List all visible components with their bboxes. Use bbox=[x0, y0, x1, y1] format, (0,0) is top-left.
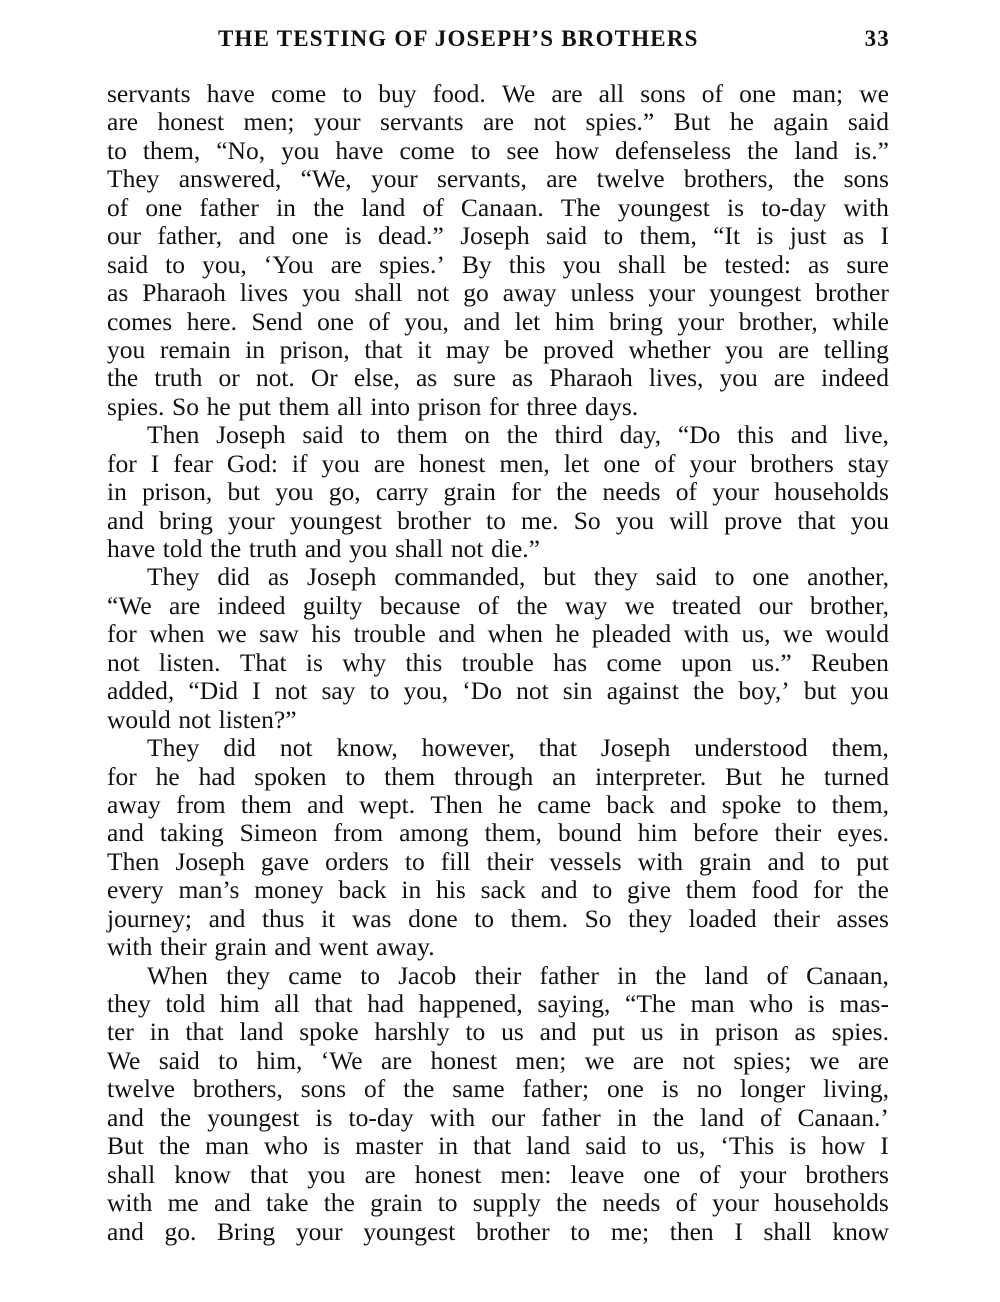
word: lives, bbox=[649, 364, 704, 392]
word: same bbox=[452, 1075, 504, 1103]
word: him bbox=[555, 308, 595, 336]
word: stay bbox=[848, 450, 889, 478]
word: thus bbox=[262, 905, 305, 933]
word: The bbox=[561, 194, 601, 222]
word: when bbox=[488, 620, 543, 648]
word: was bbox=[352, 905, 392, 933]
word: them bbox=[397, 421, 448, 449]
word: That bbox=[240, 649, 287, 677]
word: man’s bbox=[178, 876, 239, 904]
word: say bbox=[321, 677, 355, 705]
word: them. bbox=[511, 905, 568, 933]
word: shall bbox=[354, 279, 402, 307]
text-line: andbringyouryoungestbrothertome.Soyouwil… bbox=[107, 507, 889, 535]
word: But bbox=[674, 108, 711, 136]
text-line: ThenJosephgaveorderstofilltheirvesselswi… bbox=[107, 848, 889, 876]
word: unless bbox=[571, 279, 635, 307]
word: come bbox=[271, 80, 326, 108]
word: have bbox=[107, 535, 155, 563]
word: sons bbox=[844, 165, 889, 193]
word: then bbox=[670, 1218, 714, 1246]
word: pleaded bbox=[592, 620, 671, 648]
text-line: ThenJosephsaidtothemonthethirdday,“Dothi… bbox=[107, 421, 889, 449]
text-line: saidtoyou,‘Youarespies.’Bythisyoushallbe… bbox=[107, 251, 889, 279]
word: But bbox=[107, 1132, 144, 1160]
word: in bbox=[150, 1018, 170, 1046]
word: Simeon bbox=[240, 819, 318, 847]
word: Or bbox=[311, 364, 338, 392]
word: proved bbox=[543, 336, 614, 364]
word: as bbox=[794, 1018, 815, 1046]
word: of bbox=[702, 80, 723, 108]
word: ‘This bbox=[720, 1132, 774, 1160]
chapter-title: THE TESTING OF JOSEPH’S BROTHERS bbox=[218, 26, 699, 52]
word: Then bbox=[107, 848, 159, 876]
word: father bbox=[199, 194, 258, 222]
word: to bbox=[641, 1132, 661, 1160]
word: I bbox=[734, 1218, 743, 1246]
word: brothers bbox=[750, 450, 834, 478]
word: remain bbox=[160, 336, 231, 364]
word: whether bbox=[628, 336, 710, 364]
word: eyes. bbox=[837, 819, 889, 847]
word: said bbox=[848, 108, 889, 136]
word: boy,’ bbox=[738, 677, 789, 705]
word: brothers, bbox=[684, 165, 774, 193]
text-line: forIfearGod:ifyouarehonestmen,letoneofyo… bbox=[107, 450, 889, 478]
word: would bbox=[107, 706, 171, 734]
word: land bbox=[239, 1018, 283, 1046]
word: listen. bbox=[159, 649, 221, 677]
text-line: withtheirgrainandwentaway. bbox=[107, 933, 889, 961]
word: prison, bbox=[280, 336, 350, 364]
word: longer bbox=[740, 1075, 805, 1103]
word: prison bbox=[418, 393, 482, 421]
word: he bbox=[498, 791, 522, 819]
word: and bbox=[541, 876, 578, 904]
word: into bbox=[370, 393, 410, 421]
word: servants bbox=[107, 80, 191, 108]
word: are bbox=[365, 1161, 396, 1189]
word: are bbox=[858, 1047, 889, 1075]
word: he bbox=[207, 393, 231, 421]
text-line: everyman’smoneybackinhissackandtogivethe… bbox=[107, 876, 889, 904]
word: wept. bbox=[359, 791, 415, 819]
word: shall bbox=[107, 1161, 155, 1189]
word: you, bbox=[202, 251, 247, 279]
text-line: ourfather,andoneisdead.”Josephsaidtothem… bbox=[107, 222, 889, 250]
word: lives bbox=[240, 279, 288, 307]
word: all bbox=[599, 80, 625, 108]
word: the bbox=[403, 1075, 434, 1103]
text-line: added,“DidInotsaytoyou,‘Donotsinagainstt… bbox=[107, 677, 889, 705]
word: we bbox=[783, 620, 813, 648]
word: for bbox=[813, 876, 843, 904]
word: their bbox=[773, 905, 820, 933]
word: this bbox=[405, 649, 442, 677]
word: said bbox=[585, 1132, 626, 1160]
word: would bbox=[825, 620, 889, 648]
word: When bbox=[147, 962, 208, 990]
word: men: bbox=[500, 1161, 551, 1189]
word: listen?” bbox=[219, 706, 297, 734]
word: and bbox=[768, 848, 805, 876]
word: you bbox=[302, 279, 340, 307]
word: to bbox=[107, 137, 127, 165]
word: to bbox=[370, 677, 390, 705]
word: But bbox=[725, 763, 762, 791]
word: his bbox=[436, 876, 466, 904]
text-line: “Weareindeedguiltybecauseofthewaywetreat… bbox=[107, 592, 889, 620]
text-line: tothem,“No,youhavecometoseehowdefenseles… bbox=[107, 137, 889, 165]
word: brothers bbox=[805, 1161, 889, 1189]
word: are bbox=[107, 108, 138, 136]
word: have bbox=[207, 80, 255, 108]
word: and bbox=[463, 308, 500, 336]
text-line: TheydidasJosephcommanded,buttheysaidtoon… bbox=[107, 563, 889, 591]
word: Jacob bbox=[398, 962, 456, 990]
word: youngest bbox=[290, 507, 382, 535]
word: go bbox=[463, 279, 489, 307]
word: ter bbox=[107, 1018, 134, 1046]
text-line: andgo.Bringyouryoungestbrothertome;thenI… bbox=[107, 1218, 889, 1246]
word: are bbox=[774, 364, 805, 392]
word: see bbox=[507, 137, 540, 165]
word: every bbox=[107, 876, 164, 904]
word: he bbox=[156, 763, 180, 791]
word: to bbox=[820, 848, 840, 876]
word: is bbox=[315, 1104, 332, 1132]
word: put bbox=[238, 393, 271, 421]
word: not bbox=[451, 535, 484, 563]
word: ‘You bbox=[264, 251, 314, 279]
word: bring bbox=[609, 308, 663, 336]
text-line: Theyanswered,“We,yourservants,aretwelveb… bbox=[107, 165, 889, 193]
word: but bbox=[543, 563, 576, 591]
word: honest bbox=[419, 450, 486, 478]
word: them bbox=[279, 393, 330, 421]
word: the bbox=[556, 478, 587, 506]
word: God: bbox=[227, 450, 278, 478]
word: I bbox=[252, 677, 261, 705]
word: interpreter. bbox=[595, 763, 706, 791]
word: of bbox=[676, 478, 697, 506]
word: tested: bbox=[724, 251, 791, 279]
word: are bbox=[551, 80, 582, 108]
word: men; bbox=[244, 108, 295, 136]
text-line: spies.Soheputthemallintoprisonforthreeda… bbox=[107, 393, 889, 421]
word: it bbox=[417, 336, 431, 364]
word: “No, bbox=[216, 137, 265, 165]
word: the bbox=[655, 962, 686, 990]
word: father, bbox=[157, 222, 222, 250]
word: We bbox=[107, 1047, 140, 1075]
word: and bbox=[438, 620, 475, 648]
word: third bbox=[555, 421, 603, 449]
word: did bbox=[223, 734, 256, 762]
word: and bbox=[238, 222, 275, 250]
word: twelve bbox=[597, 165, 665, 193]
word: trouble bbox=[354, 620, 426, 648]
word: grain bbox=[214, 933, 266, 961]
word: I bbox=[151, 450, 160, 478]
word: man bbox=[205, 1132, 249, 1160]
text-line: ofonefatherinthelandofCanaan.Theyoungest… bbox=[107, 194, 889, 222]
word: food. bbox=[433, 80, 486, 108]
word: Then bbox=[430, 791, 482, 819]
word: to bbox=[360, 421, 380, 449]
word: are bbox=[331, 251, 362, 279]
word: buy bbox=[378, 80, 416, 108]
word: truth bbox=[154, 364, 202, 392]
word: and bbox=[274, 933, 311, 961]
word: honest bbox=[415, 1161, 482, 1189]
word: the bbox=[747, 137, 778, 165]
word: said bbox=[302, 421, 343, 449]
word: not bbox=[178, 706, 211, 734]
word: we bbox=[585, 1047, 615, 1075]
text-line: notlisten.Thatiswhythistroublehascomeupo… bbox=[107, 649, 889, 677]
word: Pharaoh bbox=[142, 279, 226, 307]
word: sons bbox=[640, 80, 685, 108]
word: that bbox=[314, 990, 352, 1018]
word: that bbox=[797, 507, 835, 535]
word: saw bbox=[259, 620, 299, 648]
word: him, bbox=[256, 1047, 302, 1075]
word: are bbox=[374, 450, 405, 478]
word: in bbox=[245, 336, 265, 364]
word: from bbox=[334, 819, 384, 847]
word: Canaan.’ bbox=[798, 1104, 889, 1132]
word: spies. bbox=[832, 1018, 889, 1046]
word: of bbox=[760, 1104, 781, 1132]
word: the bbox=[516, 592, 547, 620]
word: their bbox=[487, 848, 534, 876]
word: to-day bbox=[761, 194, 826, 222]
word: are bbox=[483, 108, 514, 136]
word: as bbox=[107, 279, 128, 307]
word: one bbox=[603, 450, 640, 478]
word: through bbox=[454, 763, 533, 791]
word: I bbox=[880, 1132, 889, 1160]
word: be bbox=[683, 251, 707, 279]
word: not bbox=[275, 677, 308, 705]
word: told bbox=[166, 990, 206, 1018]
word: of bbox=[478, 592, 499, 620]
word: back bbox=[338, 876, 386, 904]
word: taking bbox=[160, 819, 224, 847]
word: your bbox=[712, 478, 759, 506]
word: to bbox=[797, 791, 817, 819]
word: us, bbox=[676, 1132, 705, 1160]
word: that bbox=[185, 1018, 223, 1046]
word: you bbox=[616, 507, 654, 535]
word: grain bbox=[370, 1189, 422, 1217]
word: “Do bbox=[678, 421, 720, 449]
word: one bbox=[752, 563, 789, 591]
word: for bbox=[489, 393, 519, 421]
word: men; bbox=[515, 1047, 566, 1075]
word: the bbox=[159, 1132, 190, 1160]
text-line: andtheyoungestisto-daywithourfatherinthe… bbox=[107, 1104, 889, 1132]
word: that bbox=[473, 1132, 511, 1160]
word: to bbox=[465, 1018, 485, 1046]
text-line: terinthatlandspokeharshlytousandputusinp… bbox=[107, 1018, 889, 1046]
word: one bbox=[739, 80, 776, 108]
word: is bbox=[808, 990, 825, 1018]
word: spoke bbox=[299, 1018, 359, 1046]
word: not bbox=[280, 734, 313, 762]
text-line: shallknowthatyouarehonestmen:leaveoneofy… bbox=[107, 1161, 889, 1189]
word: land bbox=[526, 1132, 570, 1160]
word: we bbox=[859, 80, 889, 108]
word: money bbox=[254, 876, 323, 904]
word: had bbox=[199, 763, 236, 791]
word: twelve bbox=[107, 1075, 175, 1103]
paragraph: WhentheycametoJacobtheirfatherinthelando… bbox=[107, 962, 889, 1246]
word: they bbox=[594, 563, 638, 591]
word: it bbox=[321, 905, 335, 933]
word: supply bbox=[473, 1189, 541, 1217]
word: upon bbox=[681, 649, 732, 677]
word: prove bbox=[724, 507, 782, 535]
word: Joseph bbox=[216, 421, 285, 449]
word: is bbox=[345, 222, 362, 250]
word: father; bbox=[523, 1075, 590, 1103]
word: honest bbox=[158, 108, 225, 136]
word: Canaan. bbox=[461, 194, 544, 222]
word: brother bbox=[815, 279, 889, 307]
word: as bbox=[416, 364, 437, 392]
word: men, bbox=[500, 450, 550, 478]
word: of bbox=[368, 308, 389, 336]
word: of bbox=[107, 194, 128, 222]
text-line: comeshere.Sendoneofyou,andlethimbringyou… bbox=[107, 308, 889, 336]
word: as bbox=[512, 364, 533, 392]
word: is bbox=[662, 1075, 679, 1103]
word: as bbox=[808, 251, 829, 279]
word: the bbox=[160, 1104, 191, 1132]
word: mas- bbox=[839, 990, 889, 1018]
word: me bbox=[168, 1189, 199, 1217]
word: you bbox=[725, 336, 763, 364]
word: needs bbox=[602, 478, 660, 506]
word: added, bbox=[107, 677, 174, 705]
word: us.” bbox=[751, 649, 791, 677]
word: your bbox=[228, 507, 275, 535]
word: fill bbox=[441, 848, 471, 876]
word: for bbox=[107, 763, 137, 791]
word: for bbox=[107, 450, 137, 478]
word: said bbox=[546, 222, 587, 250]
word: your bbox=[314, 108, 361, 136]
word: youngest bbox=[618, 194, 710, 222]
word: to bbox=[165, 251, 185, 279]
word: fear bbox=[173, 450, 213, 478]
word: not bbox=[534, 108, 567, 136]
word: before bbox=[693, 819, 758, 847]
word: their bbox=[475, 962, 522, 990]
word: land bbox=[794, 137, 838, 165]
word: bring bbox=[159, 507, 213, 535]
word: gave bbox=[261, 848, 309, 876]
word: your bbox=[712, 1189, 759, 1217]
word: to bbox=[438, 1189, 458, 1217]
word: are bbox=[169, 592, 200, 620]
word: to bbox=[715, 563, 735, 591]
word: with bbox=[430, 1104, 475, 1132]
word: treated bbox=[672, 592, 741, 620]
word: put bbox=[856, 848, 889, 876]
word: them bbox=[384, 763, 435, 791]
word: to bbox=[592, 876, 612, 904]
word: is.” bbox=[854, 137, 889, 165]
word: carry bbox=[376, 478, 428, 506]
word: shall bbox=[763, 1218, 811, 1246]
word: this bbox=[737, 421, 774, 449]
word: the bbox=[556, 1189, 587, 1217]
word: just bbox=[790, 222, 827, 250]
word: asses bbox=[836, 905, 888, 933]
word: away bbox=[107, 791, 161, 819]
paragraph: TheydidasJosephcommanded,buttheysaidtoon… bbox=[107, 563, 889, 734]
word: sack bbox=[481, 876, 526, 904]
word: “Did bbox=[188, 677, 238, 705]
word: and bbox=[305, 535, 342, 563]
word: against bbox=[607, 677, 679, 705]
word: said bbox=[107, 251, 148, 279]
word: in bbox=[107, 478, 127, 506]
word: we bbox=[217, 620, 247, 648]
word: said bbox=[656, 563, 697, 591]
word: his bbox=[311, 620, 341, 648]
word: with bbox=[107, 933, 152, 961]
running-head: THE TESTING OF JOSEPH’S BROTHERS 33 bbox=[218, 26, 890, 58]
word: is bbox=[306, 649, 323, 677]
word: brothers, bbox=[193, 1075, 283, 1103]
word: to bbox=[474, 905, 494, 933]
word: are bbox=[381, 1047, 412, 1075]
word: their bbox=[775, 819, 822, 847]
text-line: youremaininprison,thatitmaybeprovedwheth… bbox=[107, 336, 889, 364]
word: who bbox=[264, 1132, 308, 1160]
word: three bbox=[526, 393, 577, 421]
word: shall bbox=[618, 251, 666, 279]
word: put bbox=[592, 1018, 625, 1046]
word: came bbox=[537, 791, 591, 819]
word: We bbox=[502, 80, 535, 108]
word: servants bbox=[380, 108, 464, 136]
word: among bbox=[399, 819, 468, 847]
word: us, bbox=[741, 620, 770, 648]
word: brother, bbox=[739, 308, 818, 336]
word: “We, bbox=[301, 165, 352, 193]
word: you bbox=[275, 478, 313, 506]
word: is bbox=[323, 1132, 340, 1160]
word: sure bbox=[846, 251, 888, 279]
word: but bbox=[804, 677, 837, 705]
word: Joseph bbox=[307, 563, 376, 591]
word: and bbox=[209, 905, 246, 933]
word: our bbox=[491, 1104, 525, 1132]
text-line: withmeandtakethegraintosupplytheneedsofy… bbox=[107, 1189, 889, 1217]
word: he bbox=[555, 620, 579, 648]
word: they bbox=[628, 905, 672, 933]
word: will bbox=[669, 507, 709, 535]
word: here. bbox=[187, 308, 237, 336]
text-line: arehonestmen;yourservantsarenotspies.”Bu… bbox=[107, 108, 889, 136]
text-line: asPharaohlivesyoushallnotgoawayunlessyou… bbox=[107, 279, 889, 307]
